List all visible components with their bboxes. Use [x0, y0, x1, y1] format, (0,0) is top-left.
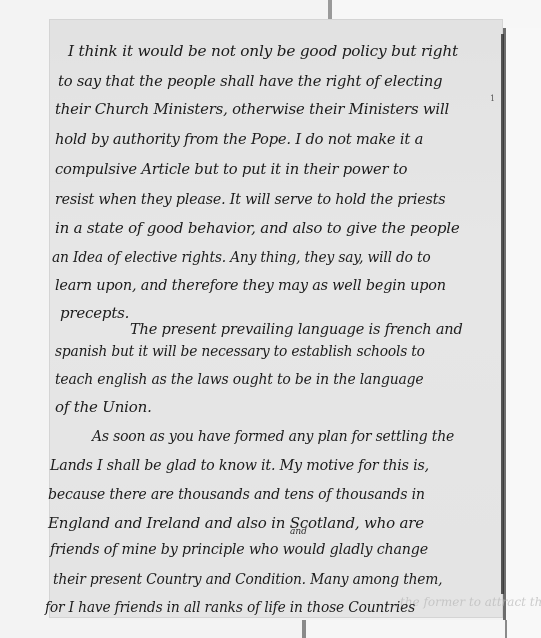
letter-line: The present prevailing language is frenc… — [130, 320, 463, 338]
letter-line: compulsive Article but to put it in thei… — [55, 160, 407, 178]
manuscript-page: the former to attract them I think it wo… — [50, 20, 502, 617]
letter-line: I think it would be not only be good pol… — [68, 42, 458, 60]
letter-line: friends of mine by principle who would g… — [50, 540, 428, 558]
letter-line: because there are thousands and tens of … — [48, 485, 425, 503]
letter-line: to say that the people shall have the ri… — [58, 72, 442, 90]
backing-sheet-bottom — [302, 620, 507, 638]
bleed-through-text: the former to attract them — [400, 595, 541, 609]
letter-line: their present Country and Condition. Man… — [53, 570, 442, 588]
letter-line: Lands I shall be glad to know it. My mot… — [50, 456, 429, 474]
letter-line: an Idea of elective rights. Any thing, t… — [52, 248, 430, 266]
letter-line: of the Union. — [55, 398, 152, 416]
letter-line: teach english as the laws ought to be in… — [55, 370, 423, 388]
letter-line: resist when they please. It will serve t… — [55, 190, 445, 208]
letter-line: their Church Ministers, otherwise their … — [55, 100, 449, 118]
letter-line: England and Ireland and also in Scotland… — [48, 514, 424, 532]
letter-body: the former to attract them I think it wo… — [50, 20, 502, 617]
letter-line: hold by authority from the Pope. I do no… — [55, 130, 423, 148]
letter-line: in a state of good behavior, and also to… — [55, 219, 460, 237]
backing-sheet-right-edge — [503, 28, 541, 638]
letter-line: learn upon, and therefore they may as we… — [55, 276, 446, 294]
letter-line: As soon as you have formed any plan for … — [92, 427, 454, 445]
letter-line: for I have friends in all ranks of life … — [45, 598, 415, 616]
letter-line: spanish but it will be necessary to esta… — [55, 342, 425, 360]
marginal-mark: 1 — [490, 94, 495, 103]
interlinear-insertion: and — [290, 527, 307, 537]
letter-line: precepts. — [60, 304, 129, 322]
